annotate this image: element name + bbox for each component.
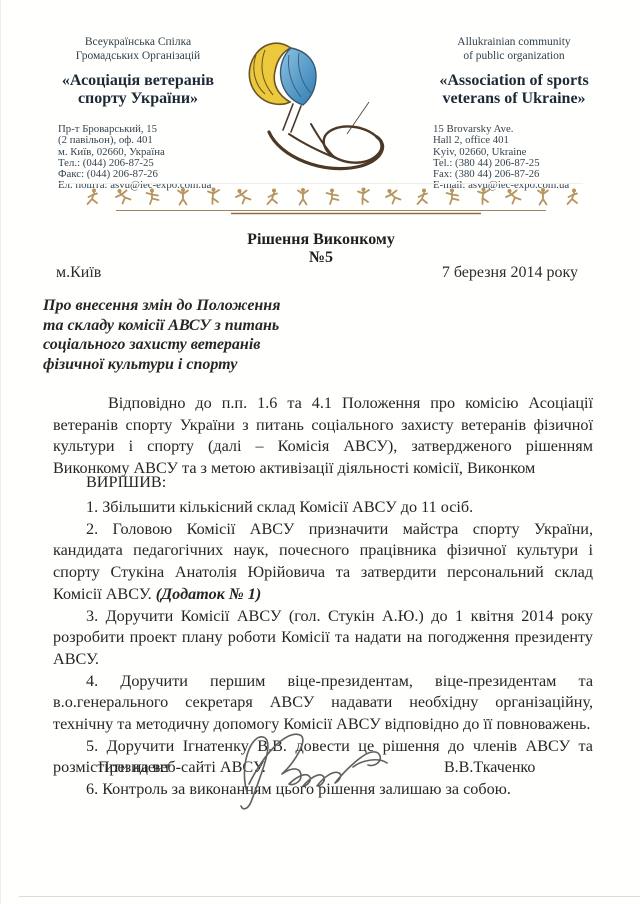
winged-sandal-logo <box>231 40 396 188</box>
resolved-label: ВИРІШИВ: <box>86 473 166 492</box>
resolution-item-2-annex: (Додаток № 1) <box>156 585 262 603</box>
org-name-ua-line2: спорту України» <box>29 90 247 108</box>
org-type-ua-line2: Громадських Організацій <box>29 50 247 64</box>
resolution-item-1-text: 1. Збільшити кількісний склад Комісії АВ… <box>86 498 473 516</box>
org-type-en-line2: of public organization <box>413 50 615 64</box>
sandal-ankle-straps <box>283 104 301 132</box>
scan-faint-rule <box>59 183 583 184</box>
address-en-office: Hall 2, office 401 <box>433 135 615 146</box>
address-ua: Пр-т Броварський, 15 (2 павільон), оф. 4… <box>29 124 247 192</box>
subject-line: та складу комісії АВСУ з питань <box>43 316 383 336</box>
resolution-item-3-text: 3. Доручити Комісії АВСУ (гол. Стукін А.… <box>53 607 593 668</box>
address-ua-office: (2 павільон), оф. 401 <box>58 135 247 146</box>
org-type-en-line1: Allukrainian community <box>413 36 615 50</box>
subject-line: Про внесення змін до Положення <box>43 296 383 316</box>
date-label: 7 березня 2014 року <box>442 264 578 282</box>
signer-role: Президент <box>98 759 171 777</box>
org-name-en: «Association of sports veterans of Ukrai… <box>413 72 615 107</box>
address-en: 15 Brovarsky Ave. Hall 2, office 401 Kyi… <box>413 124 615 192</box>
org-type-ua-line1: Всеукраїнська Спілка <box>29 36 247 50</box>
resolution-item-2: 2. Головою Комісії АВСУ призначити майст… <box>53 519 593 606</box>
scanned-document-page: Всеукраїнська Спілка Громадських Організ… <box>0 0 640 904</box>
subject-line: соціального захисту ветеранів <box>43 335 383 355</box>
city-label: м.Київ <box>56 264 101 282</box>
intro-paragraph: Відповідно до п.п. 1.6 та 4.1 Положення … <box>53 393 593 479</box>
org-name-ua: «Асоціація ветеранів спорту України» <box>29 72 247 107</box>
org-type-ua: Всеукраїнська Спілка Громадських Організ… <box>29 36 247 63</box>
city-date-row: м.Київ 7 березня 2014 року <box>56 264 578 282</box>
document-title-line1: Рішення Виконкому <box>1 231 640 249</box>
header-left-block: Всеукраїнська Спілка Громадських Організ… <box>29 36 247 192</box>
handwritten-signature <box>227 722 412 810</box>
resolution-item-1: 1. Збільшити кількісний склад Комісії АВ… <box>53 497 593 519</box>
resolution-item-3: 3. Доручити Комісії АВСУ (гол. Стукін А.… <box>53 606 593 671</box>
document-title: Рішення Виконкому №5 <box>1 231 640 267</box>
resolution-item-2-text: 2. Головою Комісії АВСУ призначити майст… <box>53 520 593 603</box>
sports-pictograms-band <box>83 186 583 220</box>
org-name-ua-line1: «Асоціація ветеранів <box>29 72 247 90</box>
org-type-en: Allukrainian community of public organiz… <box>413 36 615 63</box>
org-name-en-line2: veterans of Ukraine» <box>413 90 615 108</box>
header-right-block: Allukrainian community of public organiz… <box>413 36 615 192</box>
scan-edge-artifact <box>19 896 640 897</box>
signer-name: В.В.Ткаченко <box>444 759 535 777</box>
org-name-en-line1: «Association of sports <box>413 72 615 90</box>
subject-block: Про внесення змін до Положення та складу… <box>43 296 383 374</box>
subject-line: фізичної культури і спорту <box>43 355 383 375</box>
